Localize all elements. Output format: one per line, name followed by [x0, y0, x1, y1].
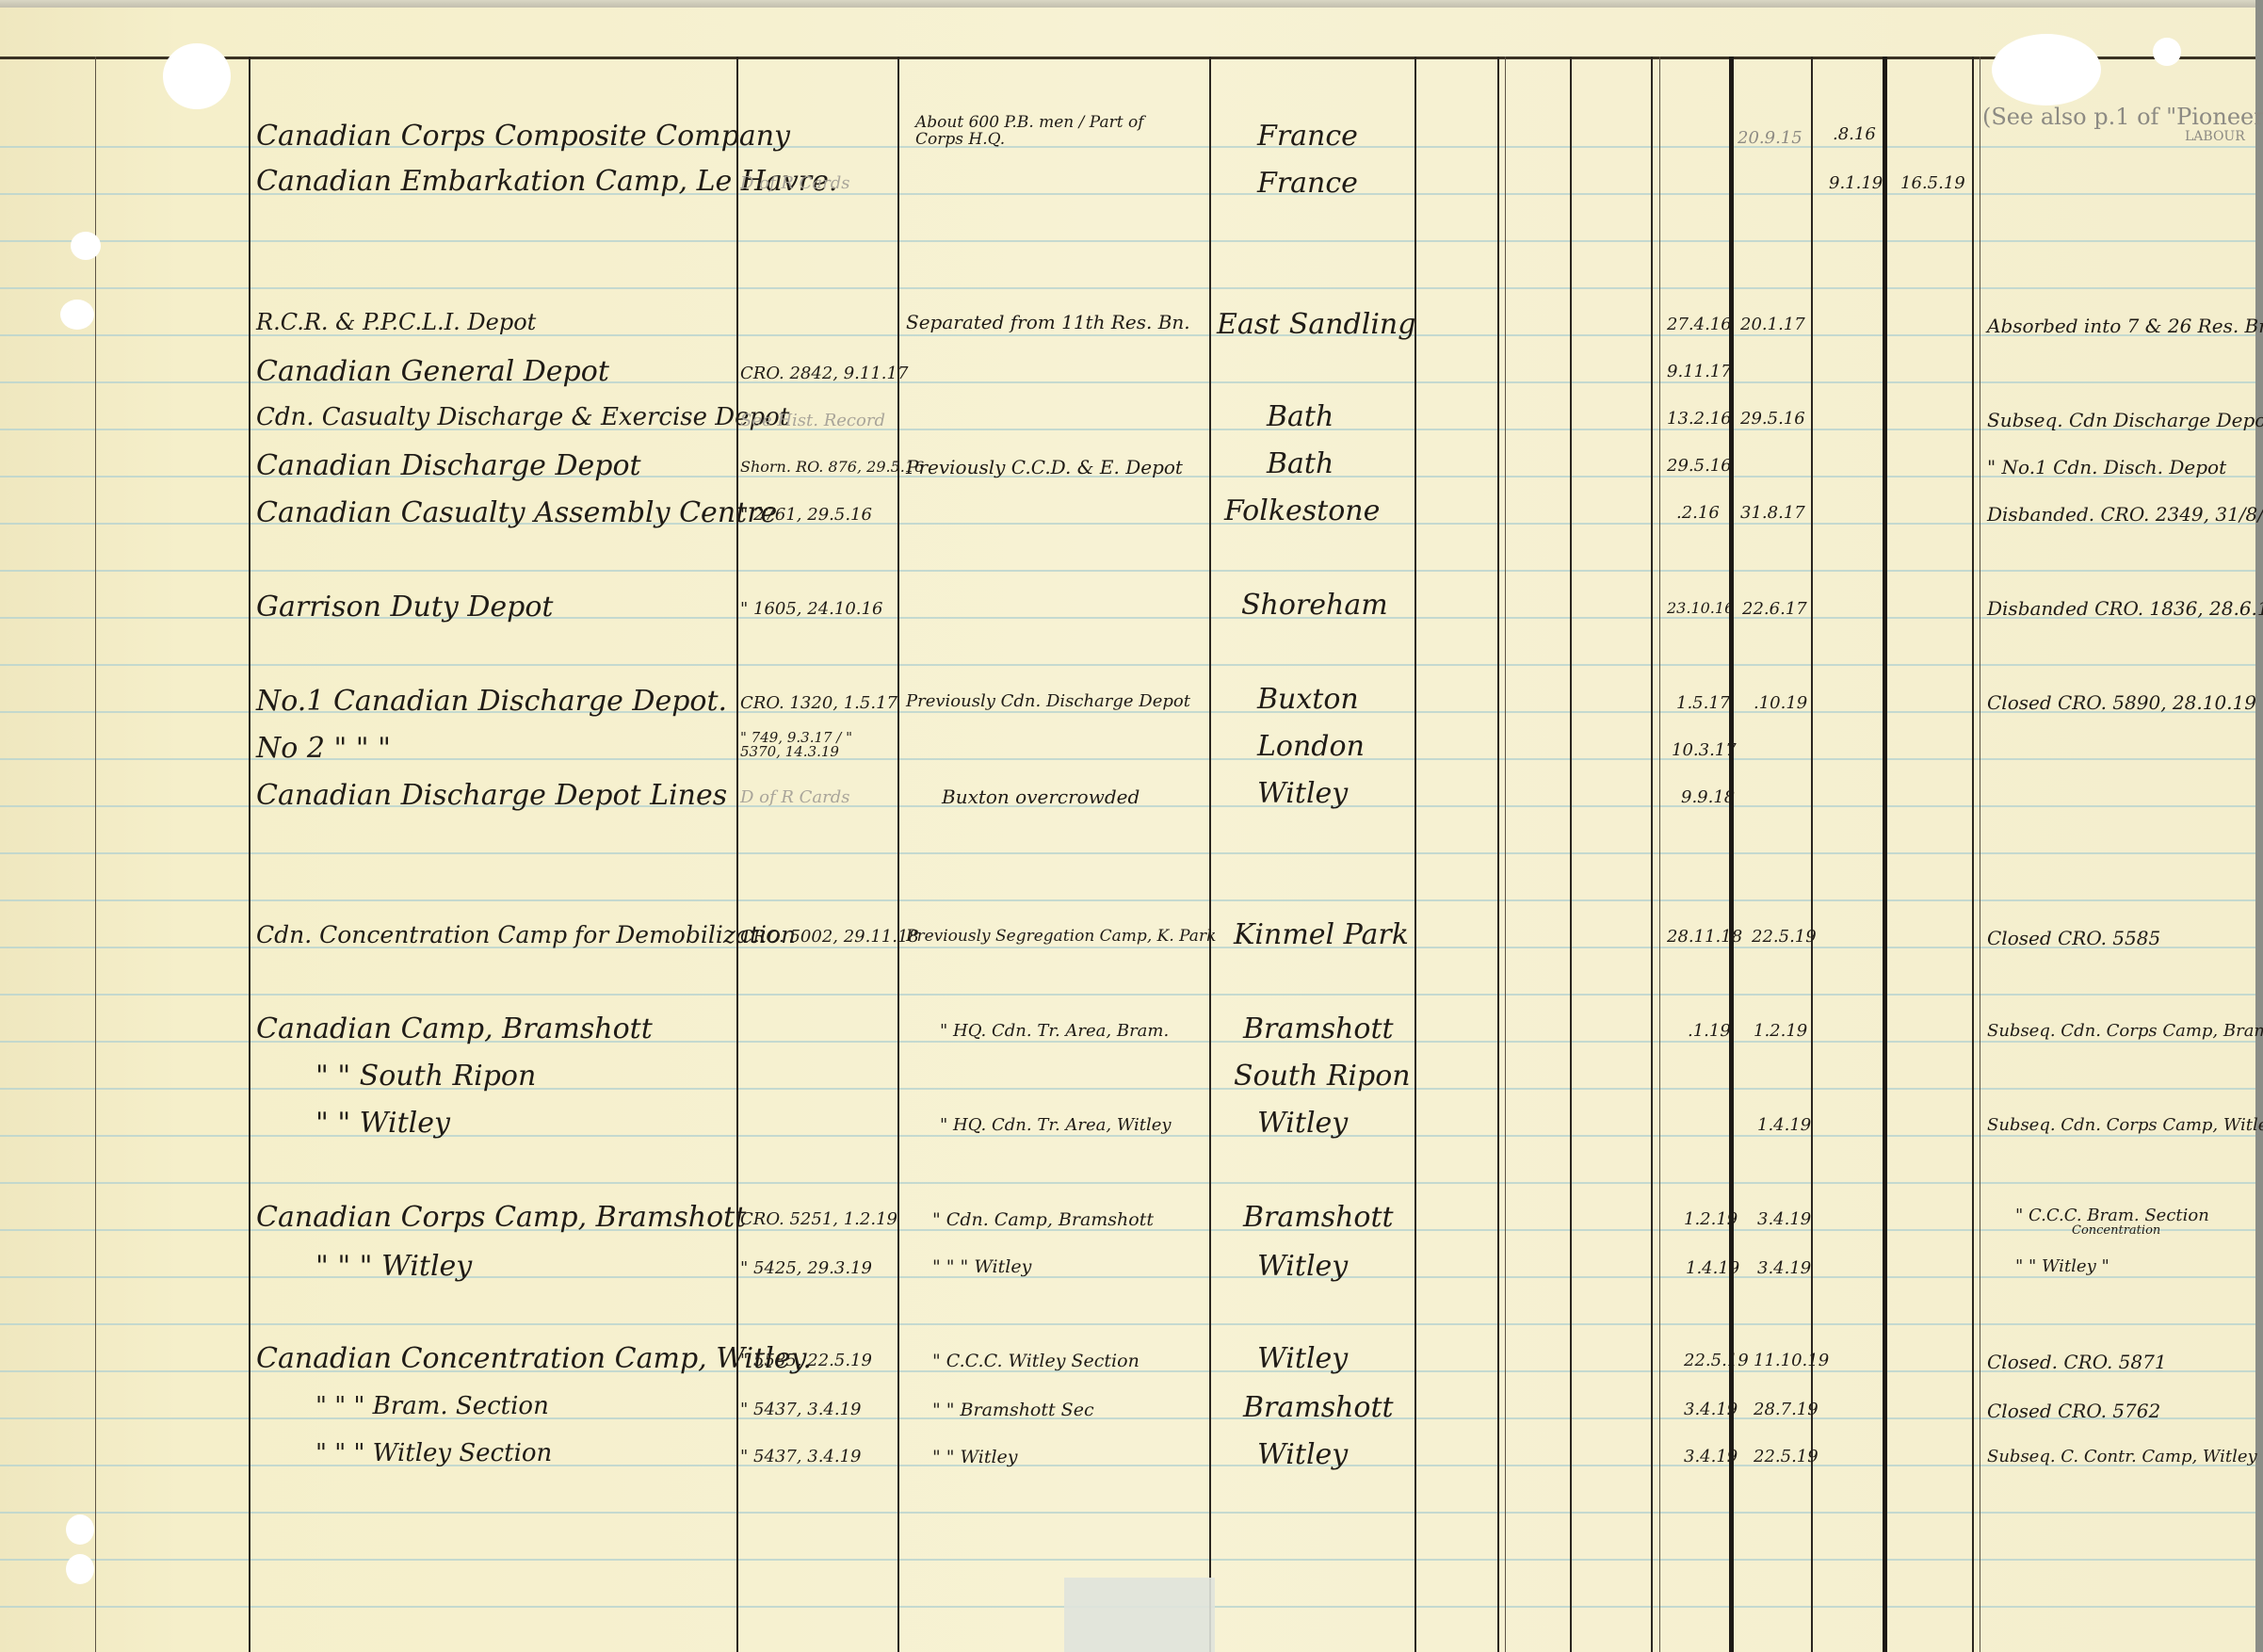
location-cell: Bramshott: [1243, 1394, 1394, 1422]
disposal-cell: Subseq. Cdn. Corps Camp, Witley: [1987, 1117, 2263, 1134]
location-cell: Buxton: [1257, 686, 1359, 714]
ruled-line: [0, 240, 2255, 242]
location-cell: London: [1257, 733, 1365, 761]
column-line-remarks-left: [897, 57, 899, 1652]
location-cell: Kinmel Park: [1234, 921, 1409, 949]
disposal-cell: " " Witley ": [2015, 1258, 2109, 1275]
authority-cell: D of R Cards: [740, 789, 850, 806]
date-cell: 31.8.17: [1740, 505, 1805, 522]
disposal-cell: Subseq. Cdn. Corps Camp, Bram.: [1987, 1023, 2263, 1040]
column-line: [1972, 57, 1974, 1652]
authority-cell: CRO. 5002, 29.11.18: [740, 929, 919, 946]
ruled-line: [0, 570, 2255, 572]
location-cell: Bath: [1267, 450, 1334, 478]
unit-cell: Cdn. Casualty Discharge & Exercise Depot: [256, 405, 789, 429]
disposal-cell: Closed. CRO. 5871: [1987, 1352, 2167, 1371]
date-cell: 3.4.19: [1757, 1260, 1811, 1277]
authority-cell: " 5585, 22.5.19: [740, 1352, 872, 1369]
date-cell: .8.16: [1833, 126, 1876, 143]
column-line: [1497, 57, 1499, 1652]
scanner-edge-right: [2255, 0, 2263, 1652]
unit-cell: Cdn. Concentration Camp for Demobilizati…: [256, 923, 796, 947]
ruled-line: [0, 1512, 2255, 1514]
remarks-cell: " HQ. Cdn. Tr. Area, Witley: [940, 1117, 1172, 1134]
column-line-unit-left: [249, 57, 251, 1652]
unit-cell: Canadian Corps Camp, Bramshott: [256, 1204, 746, 1232]
unit-cell: " " " Witley: [315, 1253, 472, 1281]
date-cell: 29.5.16: [1667, 458, 1732, 475]
date-cell: 1.4.19: [1757, 1117, 1811, 1134]
authority-cell: " 1605, 24.10.16: [740, 601, 882, 618]
column-line-location-left: [1209, 57, 1211, 1652]
remarks-cell: About 600 P.B. men / Part of Corps H.Q.: [915, 115, 1160, 149]
column-line: [1651, 57, 1653, 1652]
disposal-cell: Subseq. C. Contr. Camp, Witley: [1987, 1449, 2257, 1466]
disposal-cell: " C.C.C. Bram. Section: [2015, 1207, 2209, 1224]
date-cell: 13.2.16: [1667, 411, 1732, 428]
ruled-line: [0, 664, 2255, 666]
remarks-cell: Previously C.C.D. & E. Depot: [906, 458, 1183, 477]
date-cell: 9.1.19: [1829, 175, 1883, 192]
pencil-note: (See also p.1 of "Pioneer: [1982, 105, 2263, 128]
unit-cell: Canadian Corps Composite Company: [256, 122, 790, 151]
authority-cell: D of R Cards: [740, 175, 850, 192]
unit-cell: Canadian Discharge Depot Lines: [256, 782, 727, 810]
punch-hole: [60, 300, 94, 330]
date-cell: 3.4.19: [1684, 1401, 1738, 1418]
remarks-cell: " Cdn. Camp, Bramshott: [932, 1211, 1154, 1229]
date-cell: 22.6.17: [1742, 601, 1807, 618]
ruled-line: [0, 994, 2255, 996]
date-cell: .10.19: [1754, 695, 1807, 712]
date-cell: 3.4.19: [1684, 1449, 1738, 1466]
punch-hole: [71, 232, 101, 260]
disposal-cell: Disbanded CRO. 1836, 28.6.17: [1987, 599, 2263, 618]
authority-cell: See Hist. Record: [740, 413, 885, 429]
punch-hole: [2153, 38, 2181, 66]
unit-cell: " " Witley: [315, 1109, 450, 1138]
date-cell: 1.2.19: [1684, 1211, 1738, 1228]
remarks-cell: " " Bramshott Sec: [932, 1401, 1094, 1419]
unit-cell: R.C.R. & P.P.C.L.I. Depot: [256, 311, 536, 333]
disposal-superscript: Concentration: [2072, 1224, 2160, 1237]
ruled-line: [0, 287, 2255, 289]
location-cell: France: [1257, 170, 1358, 198]
header-rule: [0, 57, 2255, 59]
ruled-line: [0, 1323, 2255, 1325]
unit-cell: " " South Ripon: [315, 1062, 536, 1091]
authority-cell: CRO. 1320, 1.5.17: [740, 695, 897, 712]
location-cell: Bramshott: [1243, 1015, 1394, 1044]
ruled-line: [0, 1559, 2255, 1561]
location-cell: Bath: [1267, 403, 1334, 431]
column-line-location-right: [1414, 57, 1416, 1652]
unit-cell: Canadian Casualty Assembly Centre: [256, 499, 777, 527]
authority-cell: " 2761, 29.5.16: [740, 507, 872, 524]
punch-hole: [163, 43, 231, 109]
punch-hole: [66, 1514, 94, 1545]
authority-cell: Shorn. RO. 876, 29.5.16: [740, 460, 924, 475]
location-cell: France: [1257, 122, 1358, 151]
pencil-note-line2: LABOUR: [2185, 130, 2245, 143]
date-cell: 1.4.19: [1686, 1260, 1739, 1277]
date-cell: 27.4.16: [1667, 316, 1732, 333]
authority-cell: CRO. 2842, 9.11.17: [740, 365, 908, 382]
remarks-cell: " " " Witley: [932, 1258, 1031, 1276]
authority-cell: " 5425, 29.3.19: [740, 1260, 872, 1277]
date-cell: 1.5.17: [1676, 695, 1730, 712]
location-cell: Folkestone: [1224, 497, 1380, 526]
date-cell: 1.2.19: [1754, 1023, 1807, 1040]
unit-cell: Canadian Camp, Bramshott: [256, 1015, 653, 1044]
disposal-cell: Closed CRO. 5585: [1987, 929, 2160, 947]
disposal-cell: Disbanded. CRO. 2349, 31/8/17: [1987, 505, 2263, 524]
column-line: [1505, 57, 1506, 1652]
column-line: [1980, 57, 1980, 1652]
column-line: [1570, 57, 1572, 1652]
unit-cell: No.1 Canadian Discharge Depot.: [256, 688, 727, 716]
date-cell: 22.5.19: [1684, 1352, 1749, 1369]
date-cell: 28.7.19: [1754, 1401, 1818, 1418]
location-cell: Witley: [1257, 780, 1348, 808]
location-cell: East Sandling: [1217, 311, 1415, 339]
disposal-cell: Closed CRO. 5890, 28.10.19: [1987, 693, 2256, 712]
remarks-cell: " C.C.C. Witley Section: [932, 1352, 1140, 1370]
authority-cell: " 5437, 3.4.19: [740, 1401, 862, 1418]
location-cell: Shoreham: [1241, 591, 1388, 620]
authority-cell: " 5437, 3.4.19: [740, 1449, 862, 1466]
unit-cell: No 2 " " ": [256, 735, 391, 763]
date-cell: .1.19: [1688, 1023, 1731, 1040]
disposal-cell: Absorbed into 7 & 26 Res. Bns: [1987, 316, 2263, 335]
column-line-thick: [1883, 57, 1887, 1652]
location-cell: Witley: [1257, 1345, 1348, 1373]
location-cell: Witley: [1257, 1109, 1348, 1138]
unit-cell: Canadian Concentration Camp, Witley.: [256, 1345, 812, 1373]
date-cell: 10.3.17: [1672, 742, 1737, 759]
disposal-cell: Closed CRO. 5762: [1987, 1401, 2160, 1420]
date-cell: 22.5.19: [1754, 1449, 1818, 1466]
date-cell: 28.11.18: [1667, 929, 1742, 946]
date-cell: 11.10.19: [1754, 1352, 1829, 1369]
ruled-line: [0, 899, 2255, 901]
date-cell: 9.11.17: [1667, 364, 1732, 381]
date-cell: 29.5.16: [1740, 411, 1805, 428]
location-cell: Bramshott: [1243, 1204, 1394, 1232]
remarks-cell: Buxton overcrowded: [942, 787, 1140, 806]
remarks-cell: " " Witley: [932, 1449, 1018, 1466]
authority-cell: " 749, 9.3.17 / " 5370, 14.3.19: [740, 731, 891, 759]
unit-cell: Garrison Duty Depot: [256, 593, 553, 622]
date-cell: 23.10.16: [1667, 601, 1734, 616]
location-cell: South Ripon: [1234, 1062, 1411, 1091]
disposal-cell: " No.1 Cdn. Disch. Depot: [1987, 458, 2226, 477]
punch-hole: [66, 1554, 94, 1584]
unit-cell: " " " Witley Section: [315, 1441, 552, 1466]
date-cell: .2.16: [1676, 505, 1720, 522]
date-cell: 20.1.17: [1740, 316, 1805, 333]
remarks-cell: Separated from 11th Res. Bn.: [906, 313, 1190, 332]
punch-hole: [1992, 34, 2101, 105]
ruled-line: [0, 1182, 2255, 1184]
tape-patch: [1064, 1578, 1215, 1652]
remarks-cell: Previously Cdn. Discharge Depot: [906, 693, 1190, 710]
unit-cell: Canadian Discharge Depot: [256, 452, 641, 480]
remarks-cell: Previously Segregation Camp, K. Park: [906, 929, 1216, 945]
disposal-cell: Subseq. Cdn Discharge Depot: [1987, 411, 2263, 429]
unit-cell: " " " Bram. Section: [315, 1394, 549, 1418]
remarks-cell: " HQ. Cdn. Tr. Area, Bram.: [940, 1023, 1169, 1040]
authority-cell: CRO. 5251, 1.2.19: [740, 1211, 897, 1228]
column-line: [1659, 57, 1660, 1652]
unit-cell: Canadian General Depot: [256, 358, 609, 386]
date-cell: 22.5.19: [1752, 929, 1817, 946]
date-cell: 3.4.19: [1757, 1211, 1811, 1228]
location-cell: Witley: [1257, 1441, 1348, 1469]
column-line-authority-left: [736, 57, 738, 1652]
margin-line: [95, 57, 96, 1652]
ruled-line: [0, 852, 2255, 854]
date-cell: 16.5.19: [1900, 175, 1965, 192]
date-cell: 20.9.15: [1738, 130, 1802, 147]
date-cell: 9.9.18: [1681, 789, 1735, 806]
location-cell: Witley: [1257, 1253, 1348, 1281]
